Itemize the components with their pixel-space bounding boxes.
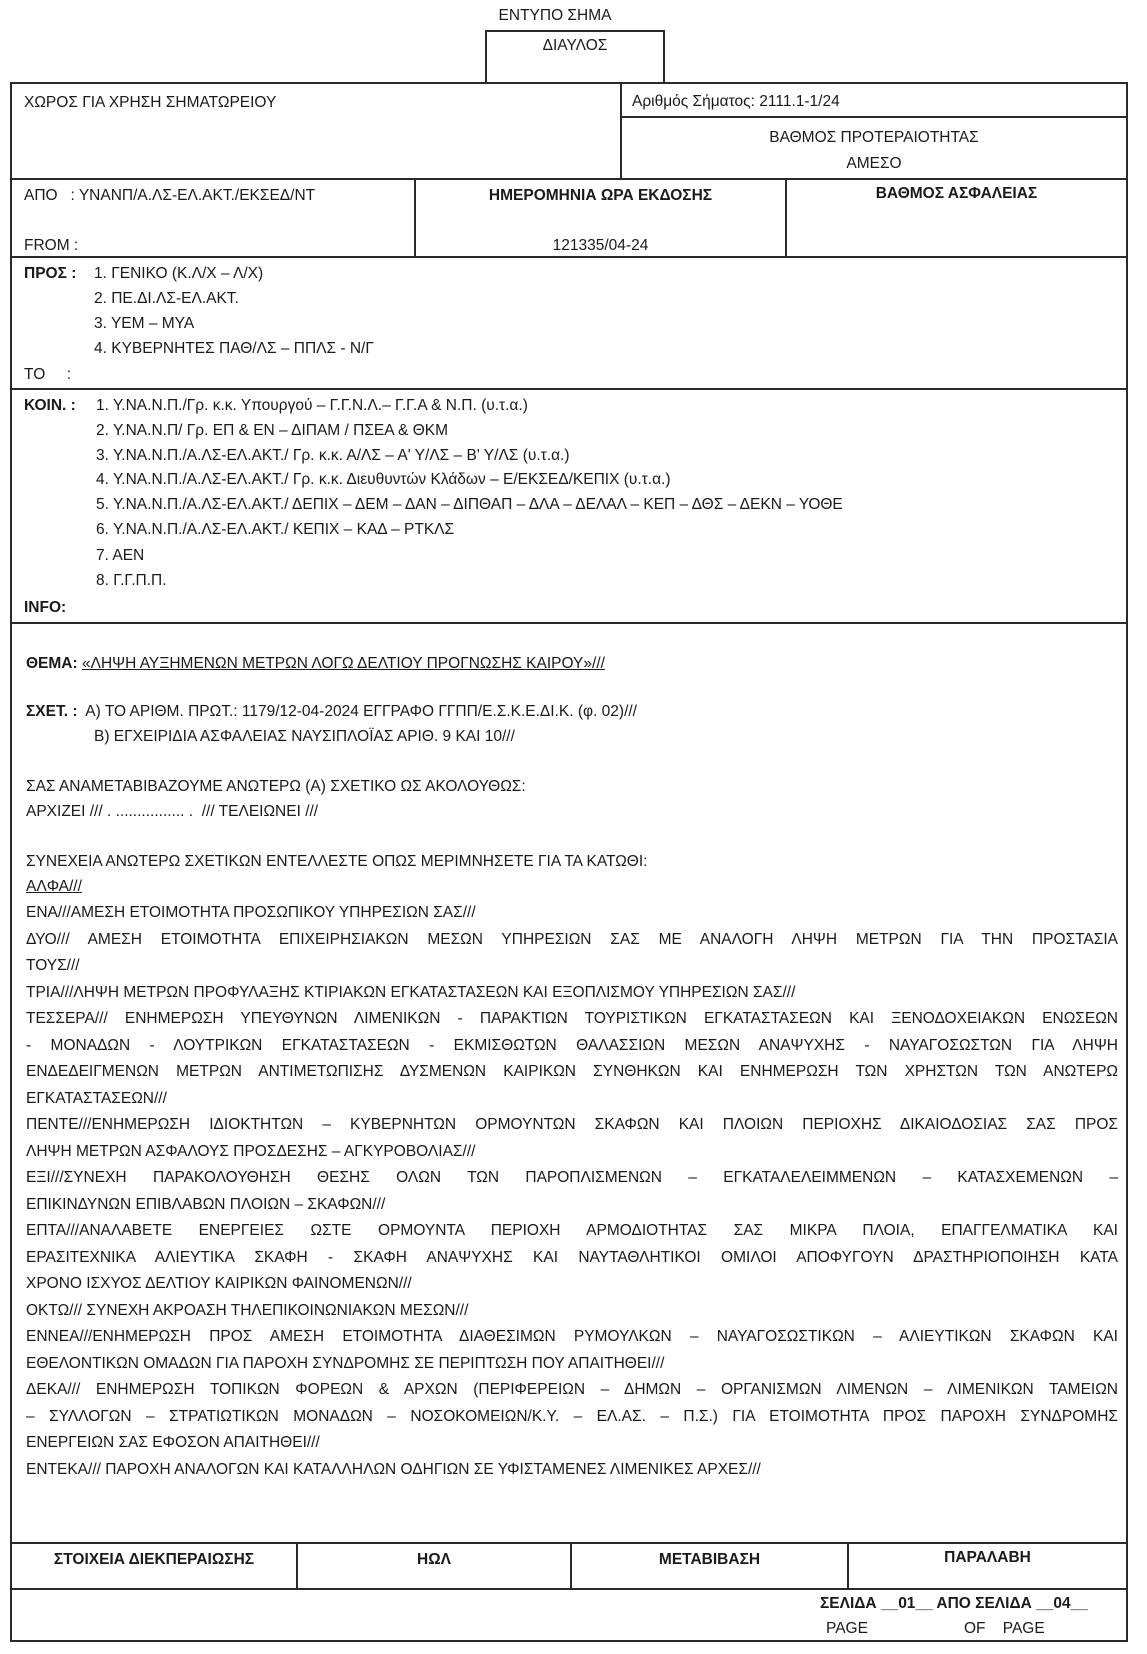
instruction-point-line: ΤΕΣΣΕΡΑ/// ΕΝΗΜΕΡΩΣΗ ΥΠΕΥΘΥΝΩΝ ΛΙΜΕΝΙΚΩΝ… [26, 1006, 1118, 1033]
transmission-label: ΜΕΤΑΒΙΒΑΣΗ [572, 1550, 847, 1570]
ref-label: ΣΧΕΤ. : [26, 703, 78, 720]
to-label: ΠΡΟΣ : [24, 264, 76, 284]
to-label-en: TO : [24, 365, 71, 385]
instruction-point-line: ΛΗΨΗ ΜΕΤΡΩΝ ΑΣΦΑΛΟΥΣ ΠΡΟΣΔΕΣΗΣ – ΑΓΚΥΡΟΒ… [26, 1139, 1118, 1166]
info-label-en: INFO: [24, 598, 66, 618]
info-item: 8. Γ.Γ.Π.Π. [96, 571, 167, 591]
hol-label: ΗΩΛ [298, 1550, 570, 1570]
subject-label: ΘΕΜΑ: [26, 655, 78, 672]
instruction-points: ΕΝΑ///ΑΜΕΣΗ ΕΤΟΙΜΟΤΗΤΑ ΠΡΟΣΩΠΙΚΟΥ ΥΠΗΡΕΣ… [26, 900, 1118, 1483]
subject: ΘΕΜΑ: «ΛΗΨΗ ΑΥΞΗΜΕΝΩΝ ΜΕΤΡΩΝ ΛΟΓΩ ΔΕΛΤΙΟ… [26, 654, 605, 674]
instruction-point-line: ΕΘΕΛΟΝΤΙΚΩΝ ΟΜΑΔΩΝ ΓΙΑ ΠΑΡΟΧΗ ΣΥΝΔΡΟΜΗΣ … [26, 1351, 1118, 1378]
ref-item: Β) ΕΓΧΕΙΡΙΔΙΑ ΑΣΦΑΛΕΙΑΣ ΝΑΥΣΙΠΛΟΪΑΣ ΑΡΙΘ… [94, 727, 515, 747]
section-label: ΑΛΦΑ/// [26, 877, 82, 897]
instruction-point-line: ΕΓΚΑΤΑΣΤΑΣΕΩΝ/// [26, 1086, 1118, 1113]
refs: ΣΧΕΤ. : Α) ΤΟ ΑΡΙΘΜ. ΠΡΩΤ.: 1179/12-04-2… [26, 702, 637, 722]
instruction-point-line: ΔΥΟ/// ΑΜΕΣΗ ΕΤΟΙΜΟΤΗΤΑ ΕΠΙΧΕΙΡΗΣΙΑΚΩΝ Μ… [26, 927, 1118, 954]
instruction-point-line: – ΣΥΛΛΟΓΩΝ – ΣΤΡΑΤΙΩΤΙΚΩΝ ΜΟΝΑΔΩΝ – ΝΟΣΟ… [26, 1404, 1118, 1431]
info-item: 6. Υ.ΝΑ.Ν.Π./Α.ΛΣ-ΕΛ.ΑΚΤ./ ΚΕΠΙΧ – ΚΑΔ –… [96, 520, 454, 540]
relay-line: ΣΑΣ ΑΝΑΜΕΤΑΒΙΒΑΖΟΥΜΕ ΑΝΩΤΕΡΩ (Α) ΣΧΕΤΙΚΟ… [26, 777, 526, 797]
instruction-point-line: ΕΝΝΕΑ///ΕΝΗΜΕΡΩΣΗ ΠΡΟΣ ΑΜΕΣΗ ΕΤΟΙΜΟΤΗΤΑ … [26, 1324, 1118, 1351]
instruction-point-line: ΕΝΤΕΚΑ/// ΠΑΡΟΧΗ ΑΝΑΛΟΓΩΝ ΚΑΙ ΚΑΤΑΛΛΗΛΩΝ… [26, 1457, 1118, 1484]
of-label-en: OF PAGE [964, 1619, 1045, 1639]
channel-box: ΔΙΑΥΛΟΣ [485, 30, 665, 82]
to-item: 2. ΠΕ.ΔΙ.ΛΣ-ΕΛ.ΑΚΤ. [94, 289, 239, 309]
info-item: 7. ΑΕΝ [96, 546, 144, 566]
instruction-point-line: ΤΟΥΣ/// [26, 953, 1118, 980]
page-number: 01 [898, 1595, 915, 1612]
receipt-label: ΠΑΡΑΛΑΒΗ [849, 1548, 1126, 1568]
page-label-en: PAGE [826, 1619, 868, 1639]
to-item: 1. ΓΕΝΙΚΟ (Κ.Λ/Χ – Λ/Χ) [94, 264, 263, 284]
issue-datetime-label: ΗΜΕΡΟΜΗΝΙΑ ΩΡΑ ΕΚΔΟΣΗΣ [416, 186, 785, 206]
from-label: ΑΠΟ [24, 187, 58, 204]
from-field: ΑΠΟ : ΥΝΑΝΠ/Α.ΛΣ-ΕΛ.ΑΚΤ./ΕΚΣΕΔ/ΝΤ [24, 186, 315, 206]
of-label: ΑΠΟ ΣΕΛΙΔΑ [936, 1595, 1031, 1612]
signal-number-value: 2111.1-1/24 [759, 93, 839, 110]
instruction-point-line: ΔΕΚΑ/// ΕΝΗΜΕΡΩΣΗ ΤΟΠΙΚΩΝ ΦΟΡΕΩΝ & ΑΡΧΩΝ… [26, 1377, 1118, 1404]
page-total: 04 [1053, 1595, 1070, 1612]
instruction-point-line: ΟΚΤΩ/// ΣΥΝΕΧΗ ΑΚΡΟΑΣΗ ΤΗΛΕΠΙΚΟΙΝΩΝΙΑΚΩΝ… [26, 1298, 1118, 1325]
instruction-point-line: ΧΡΟΝΟ ΙΣΧΥΟΣ ΔΕΛΤΙΟΥ ΚΑΙΡΙΚΩΝ ΦΑΙΝΟΜΕΝΩΝ… [26, 1271, 1118, 1298]
instruction-point-line: ΕΞΙ///ΣΥΝΕΧΗ ΠΑΡΑΚΟΛΟΥΘΗΣΗ ΘΕΣΗΣ ΟΛΩΝ ΤΩ… [26, 1165, 1118, 1192]
from-label-en: FROM : [24, 236, 78, 256]
instruction-line: ΣΥΝΕΧΕΙΑ ΑΝΩΤΕΡΩ ΣΧΕΤΙΚΩΝ ΕΝΤΕΛΛΕΣΤΕ ΟΠΩ… [26, 852, 647, 872]
priority-value: ΑΜΕΣΟ [622, 154, 1126, 174]
info-item: 1. Υ.ΝΑ.Ν.Π./Γρ. κ.κ. Υπουργού – Γ.Γ.Ν.Λ… [96, 396, 528, 416]
signal-number-label: Αριθμός Σήματος: [632, 93, 755, 110]
info-item: 3. Υ.ΝΑ.Ν.Π./Α.ΛΣ-ΕΛ.ΑΚΤ./ Γρ. κ.κ. Α/ΛΣ… [96, 446, 570, 466]
form-title: ΕΝΤΥΠΟ ΣΗΜΑ [440, 6, 670, 26]
issue-datetime: 121335/04-24 [416, 236, 785, 256]
instruction-point-line: ΕΡΑΣΙΤΕΧΝΙΚΑ ΑΛΙΕΥΤΙΚΑ ΣΚΑΦΗ - ΣΚΑΦΗ ΑΝΑ… [26, 1245, 1118, 1272]
begin-end-line: ΑΡΧΙΖΕΙ /// . ................ . /// ΤΕΛ… [26, 802, 318, 822]
security-label: ΒΑΘΜΟΣ ΑΣΦΑΛΕΙΑΣ [787, 184, 1126, 204]
page-label: ΣΕΛΙΔΑ [820, 1595, 877, 1612]
instruction-point-line: ΠΕΝΤΕ///ΕΝΗΜΕΡΩΣΗ ΙΔΙΟΚΤΗΤΩΝ – ΚΥΒΕΡΝΗΤΩ… [26, 1112, 1118, 1139]
info-item: 2. Υ.ΝΑ.Ν.Π/ Γρ. ΕΠ & ΕΝ – ΔΙΠΑΜ / ΠΣΕΑ … [96, 421, 448, 441]
instruction-point-line: ΕΝΕΡΓΕΙΩΝ ΣΑΣ ΕΦΟΣΟΝ ΑΠΑΙΤΗΘΕΙ/// [26, 1430, 1118, 1457]
from-value: : ΥΝΑΝΠ/Α.ΛΣ-ΕΛ.ΑΚΤ./ΕΚΣΕΔ/ΝΤ [71, 187, 316, 204]
processing-label: ΣΤΟΙΧΕΙΑ ΔΙΕΚΠΕΡΑΙΩΣΗΣ [12, 1550, 296, 1570]
instruction-point-line: ΕΝΔΕΔΕΙΓΜΕΝΩΝ ΜΕΤΡΩΝ ΑΝΤΙΜΕΤΩΠΙΣΗΣ ΔΥΣΜΕ… [26, 1059, 1118, 1086]
priority-label: ΒΑΘΜΟΣ ΠΡΟΤΕΡΑΙΟΤΗΤΑΣ [622, 128, 1126, 148]
instruction-point-line: ΤΡΙΑ///ΛΗΨΗ ΜΕΤΡΩΝ ΠΡΟΦΥΛΑΞΗΣ ΚΤΙΡΙΑΚΩΝ … [26, 980, 1118, 1007]
instruction-point-line: - ΜΟΝΑΔΩΝ - ΛΟΥΤΡΙΚΩΝ ΕΓΚΑΤΑΣΤΑΣΕΩΝ - ΕΚ… [26, 1033, 1118, 1060]
instruction-point-line: ΕΠΙΚΙΝΔΥΝΩΝ ΕΠΙΒΛΑΒΩΝ ΠΛΟΙΩΝ – ΣΚΑΦΩΝ/// [26, 1192, 1118, 1219]
signal-office-label: ΧΩΡΟΣ ΓΙΑ ΧΡΗΣΗ ΣΗΜΑΤΩΡΕΙΟΥ [24, 93, 276, 113]
to-item: 4. ΚΥΒΕΡΝΗΤΕΣ ΠΑΘ/ΛΣ – ΠΠΛΣ - Ν/Γ [94, 339, 374, 359]
ref-item: Α) ΤΟ ΑΡΙΘΜ. ΠΡΩΤ.: 1179/12-04-2024 ΕΓΓΡ… [85, 703, 637, 720]
info-item: 4. Υ.ΝΑ.Ν.Π./Α.ΛΣ-ΕΛ.ΑΚΤ./ Γρ. κ.κ. Διευ… [96, 470, 671, 490]
subject-text: «ΛΗΨΗ ΑΥΞΗΜΕΝΩΝ ΜΕΤΡΩΝ ΛΟΓΩ ΔΕΛΤΙΟΥ ΠΡΟΓ… [82, 655, 605, 672]
instruction-point-line: ΕΝΑ///ΑΜΕΣΗ ΕΤΟΙΜΟΤΗΤΑ ΠΡΟΣΩΠΙΚΟΥ ΥΠΗΡΕΣ… [26, 900, 1118, 927]
to-item: 3. ΥΕΜ – ΜΥΑ [94, 314, 194, 334]
info-item: 5. Υ.ΝΑ.Ν.Π./Α.ΛΣ-ΕΛ.ΑΚΤ./ ΔΕΠΙΧ – ΔΕΜ –… [96, 495, 843, 515]
signal-number: Αριθμός Σήματος: 2111.1-1/24 [632, 92, 840, 112]
channel-label: ΔΙΑΥΛΟΣ [487, 36, 663, 56]
page-indicator: ΣΕΛΙΔΑ __01__ ΑΠΟ ΣΕΛΙΔΑ __04__ [820, 1594, 1088, 1614]
instruction-point-line: ΕΠΤΑ///ΑΝΑΛΑΒΕΤΕ ΕΝΕΡΓΕΙΕΣ ΩΣΤΕ ΟΡΜΟΥΝΤΑ… [26, 1218, 1118, 1245]
info-label: ΚΟΙΝ. : [24, 396, 76, 416]
